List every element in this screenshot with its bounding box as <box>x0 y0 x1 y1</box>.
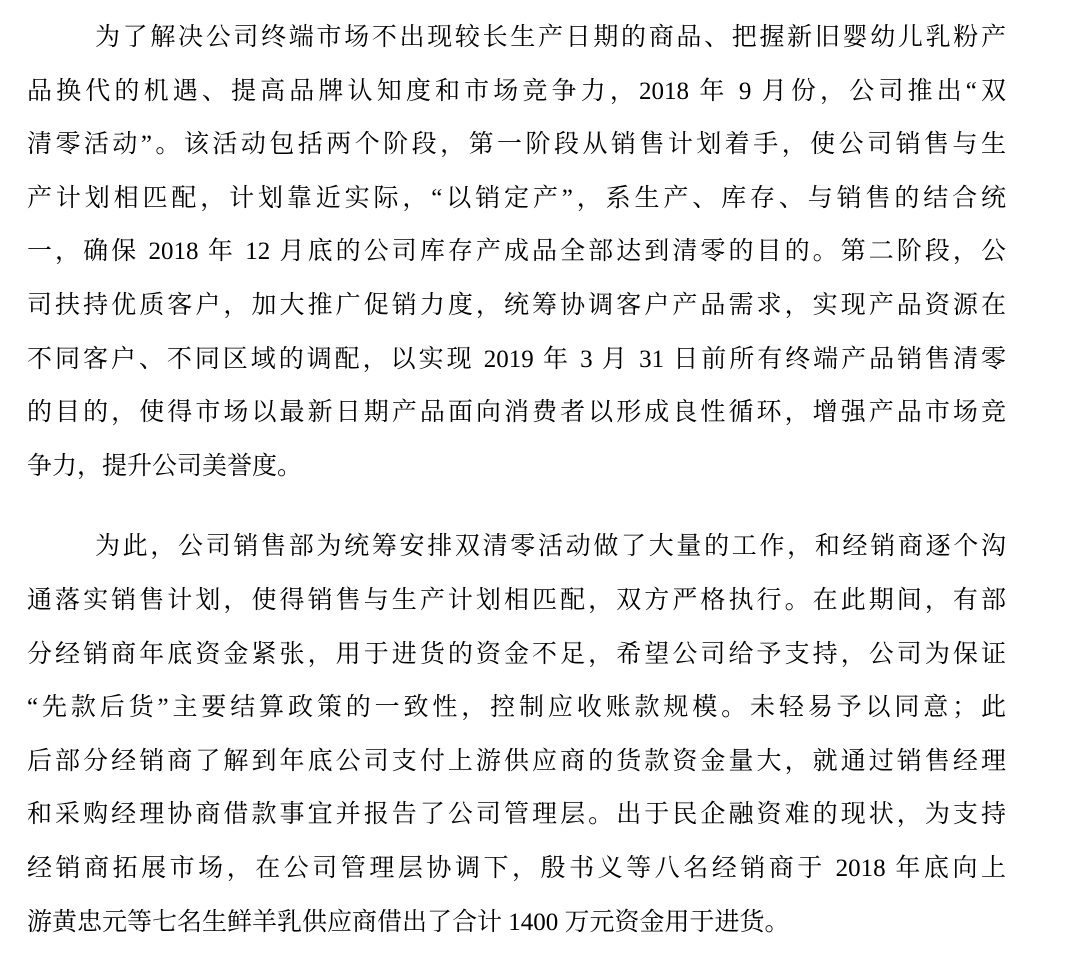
text-line: 分经销商年底资金紧张，用于进货的资金不足，希望公司给予支持，公司为保证 <box>27 628 1006 682</box>
paragraph-2: 为此，公司销售部为统筹安排双清零活动做了大量的工作，和经销商逐个沟 通落实销售计… <box>27 520 1006 949</box>
text-line: 一，确保 2018 年 12 月底的公司库存产成品全部达到清零的目的。第二阶段，… <box>27 225 1006 279</box>
text-line: 为此，公司销售部为统筹安排双清零活动做了大量的工作，和经销商逐个沟 <box>27 520 1006 574</box>
document-page: 为了解决公司终端市场不出现较长生产日期的商品、把握新旧婴幼儿乳粉产 品换代的机遇… <box>0 0 1088 966</box>
text-line: 产计划相匹配，计划靠近实际，“以销定产”，系生产、库存、与销售的结合统 <box>27 172 1006 226</box>
text-line: 司扶持优质客户，加大推广促销力度，统筹协调客户产品需求，实现产品资源在 <box>27 279 1006 333</box>
text-line: 和采购经理协商借款事宜并报告了公司管理层。出于民企融资难的现状，为支持 <box>27 788 1006 842</box>
text-line: “先款后货”主要结算政策的一致性，控制应收账款规模。未轻易予以同意；此 <box>27 681 1006 735</box>
text-line: 为了解决公司终端市场不出现较长生产日期的商品、把握新旧婴幼儿乳粉产 <box>27 11 1006 65</box>
text-line: 清零活动”。该活动包括两个阶段，第一阶段从销售计划着手，使公司销售与生 <box>27 118 1006 172</box>
text-line: 通落实销售计划，使得销售与生产计划相匹配，双方严格执行。在此期间，有部 <box>27 574 1006 628</box>
paragraph-1: 为了解决公司终端市场不出现较长生产日期的商品、把握新旧婴幼儿乳粉产 品换代的机遇… <box>27 11 1006 493</box>
text-line: 经销商拓展市场，在公司管理层协调下，殷书义等八名经销商于 2018 年底向上 <box>27 842 1006 896</box>
text-line: 品换代的机遇、提高品牌认知度和市场竞争力，2018 年 9 月份，公司推出“双 <box>27 65 1006 119</box>
text-line: 的目的，使得市场以最新日期产品面向消费者以形成良性循环，增强产品市场竞 <box>27 386 1006 440</box>
text-line: 游黄忠元等七名生鲜羊乳供应商借出了合计 1400 万元资金用于进货。 <box>27 896 1006 950</box>
text-line: 争力，提升公司美誉度。 <box>27 440 1006 494</box>
text-line: 不同客户、不同区域的调配，以实现 2019 年 3 月 31 日前所有终端产品销… <box>27 333 1006 387</box>
text-line: 后部分经销商了解到年底公司支付上游供应商的货款资金量大，就通过销售经理 <box>27 735 1006 789</box>
